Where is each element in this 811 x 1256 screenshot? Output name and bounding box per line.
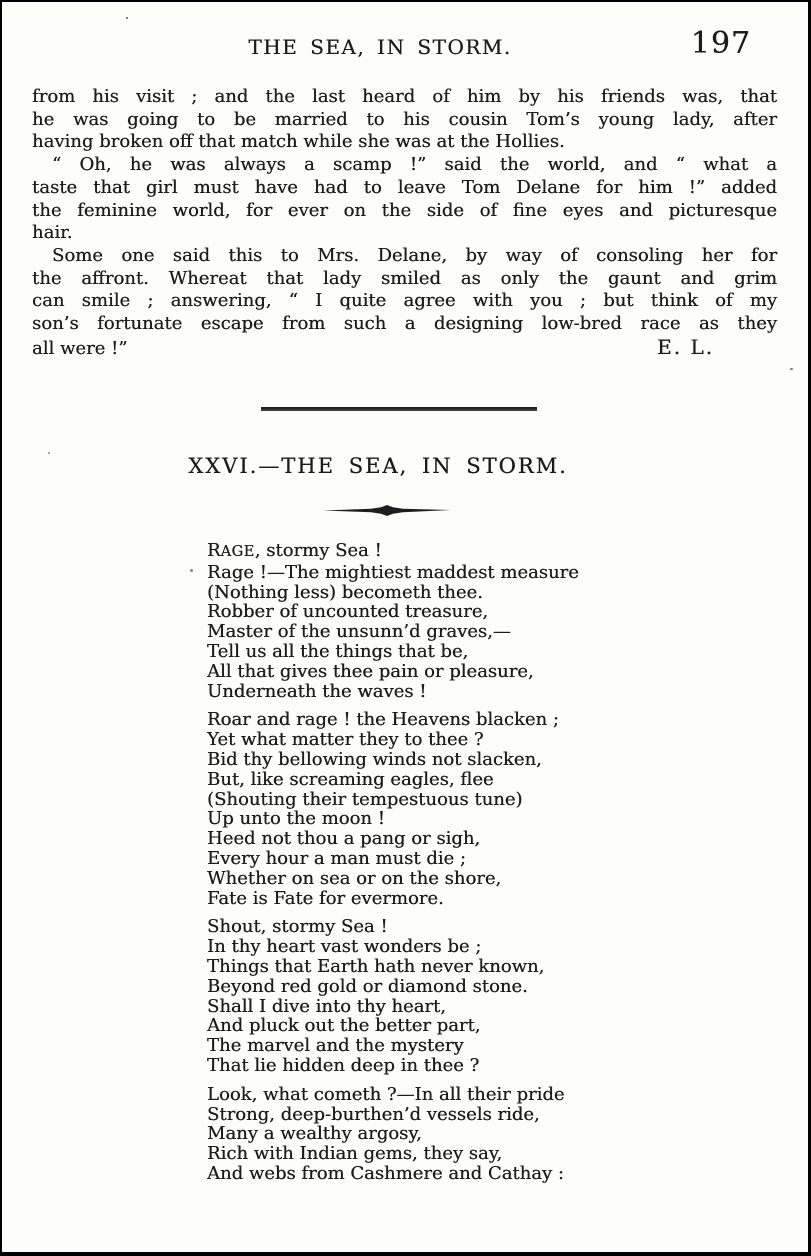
poem-line: Roar and rage ! the Heavens blacken ; xyxy=(207,710,579,730)
swelled-rule-icon xyxy=(323,504,451,517)
poem-line: Every hour a man must die ; xyxy=(207,849,579,869)
page-number: 197 xyxy=(691,26,751,61)
poem-line: That lie hidden deep in thee ? xyxy=(207,1056,579,1076)
poem-line: Tell us all the things that be, xyxy=(207,642,579,662)
poem-line: Up unto the moon ! xyxy=(207,809,579,829)
poem-line: In thy heart vast wonders be ; xyxy=(207,937,579,957)
prose-section: from his visit ; and the last heard of h… xyxy=(32,86,777,360)
poem-line: RAGE, stormy Sea ! xyxy=(207,541,579,563)
poem-line: (Shouting their tempestuous tune) xyxy=(207,790,579,810)
author-initials: E. L. xyxy=(657,336,714,359)
prose-line: can smile ; answering, “ I quite agree w… xyxy=(32,290,777,313)
scan-speck xyxy=(48,452,50,454)
poem-line: The marvel and the mystery xyxy=(207,1036,579,1056)
poem-line: Bid thy bellowing winds not slacken, xyxy=(207,750,579,770)
prose-line: hair. xyxy=(32,222,777,245)
prose-line: taste that girl must have had to leave T… xyxy=(32,177,777,200)
poem-stanza: RAGE, stormy Sea ! Rage !—The mightiest … xyxy=(207,541,579,701)
prose-line: “ Oh, he was always a scamp !” said the … xyxy=(32,154,777,177)
poem-line: And webs from Cashmere and Cathay : xyxy=(207,1164,579,1184)
poem-line: Shout, stormy Sea ! xyxy=(207,917,579,937)
poem-line: Things that Earth hath never known, xyxy=(207,957,579,977)
poem-line: Underneath the waves ! xyxy=(207,682,579,702)
poem-line: Shall I dive into thy heart, xyxy=(207,997,579,1017)
opening-line-rest: , stormy Sea ! xyxy=(255,540,382,561)
poem-stanza: Look, what cometh ?—In all their pride S… xyxy=(207,1085,579,1184)
ornament-row xyxy=(16,504,758,517)
scan-speck xyxy=(190,569,193,572)
poem-line: Rage !—The mightiest maddest measure xyxy=(207,563,579,583)
prose-line: Some one said this to Mrs. Delane, by wa… xyxy=(32,245,777,268)
poem-line: Fate is Fate for evermore. xyxy=(207,889,579,909)
running-header: THE SEA, IN STORM. xyxy=(9,35,751,59)
poem-line: But, like screaming eagles, flee xyxy=(207,770,579,790)
poem-line: And pluck out the better part, xyxy=(207,1016,579,1036)
poem-line: Heed not thou a pang or sigh, xyxy=(207,829,579,849)
poem-line: Robber of uncounted treasure, xyxy=(207,602,579,622)
poem: RAGE, stormy Sea ! Rage !—The mightiest … xyxy=(207,541,579,1193)
prose-line: from his visit ; and the last heard of h… xyxy=(32,86,777,109)
prose-line: son’s fortunate escape from such a desig… xyxy=(32,313,777,336)
scan-speck xyxy=(790,368,793,370)
poem-stanza: Shout, stormy Sea ! In thy heart vast wo… xyxy=(207,917,579,1075)
book-page: THE SEA, IN STORM. 197 from his visit ; … xyxy=(0,0,811,1256)
prose-line-text: all were !” xyxy=(32,338,127,361)
poem-line: Rich with Indian gems, they say, xyxy=(207,1144,579,1164)
poem-line: Look, what cometh ?—In all their pride xyxy=(207,1085,579,1105)
section-heading: XXVI.—THE SEA, IN STORM. xyxy=(7,454,749,478)
poem-line: (Nothing less) becometh thee. xyxy=(207,583,579,603)
opening-word-initial: R xyxy=(207,540,221,561)
section-divider-rule xyxy=(261,407,537,411)
prose-line: he was going to be married to his cousin… xyxy=(32,109,777,132)
opening-word-small-caps: AGE xyxy=(221,544,255,560)
poem-line: Whether on sea or on the shore, xyxy=(207,869,579,889)
prose-line: the feminine world, for ever on the side… xyxy=(32,200,777,223)
poem-stanza: Roar and rage ! the Heavens blacken ; Ye… xyxy=(207,710,579,908)
poem-line: All that gives thee pain or pleasure, xyxy=(207,662,579,682)
poem-line: Beyond red gold or diamond stone. xyxy=(207,977,579,997)
prose-line: having broken off that match while she w… xyxy=(32,131,777,154)
prose-line: the affront. Whereat that lady smiled as… xyxy=(32,268,777,291)
poem-line: Many a wealthy argosy, xyxy=(207,1124,579,1144)
poem-line: Strong, deep-burthen’d vessels ride, xyxy=(207,1105,579,1125)
poem-line: Yet what matter they to thee ? xyxy=(207,730,579,750)
prose-line: all were !” E. L. xyxy=(32,336,777,361)
poem-line: Master of the unsunn’d graves,— xyxy=(207,622,579,642)
scan-speck xyxy=(126,17,129,20)
